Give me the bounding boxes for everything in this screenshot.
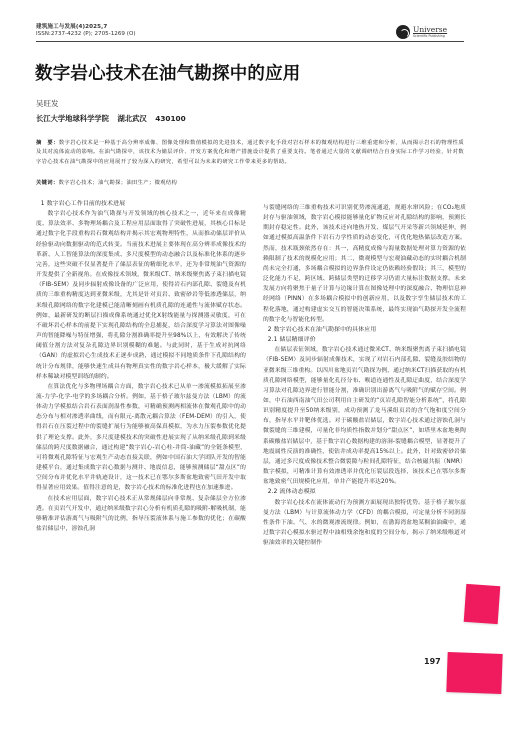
page-number: 197 — [424, 657, 441, 666]
keywords: 关键词：数字岩心技术；油气勘探；油田生产；微观结构 — [36, 178, 464, 186]
abstract-label: 摘 要： — [36, 140, 59, 146]
issn-line: ISSN:2737-4232 (P); 2705-1269 (O) — [36, 31, 136, 37]
paragraph: 在算法优化与多物理场耦合方面，数字岩心技术已从单一渗流模拟拓展至渗流-力学-化学… — [36, 382, 246, 494]
subsection-heading-2-1: 2.1 储层精细评价 — [263, 335, 466, 345]
sticky-note-annotation — [446, 652, 502, 694]
author-affiliation: 长江大学地球科学学院 湖北武汉 430100 — [36, 114, 186, 124]
body-column-right: 与裂缝网络的三维重构技术可识别优势渗流通道，规避水窜风险；在CO₂地质封存与驱油… — [263, 203, 466, 548]
paragraph: 数字岩心技术作为油气勘探与开发领域的核心技术之一，近年来在成像精度、算法效率、多… — [36, 209, 246, 382]
journal-citation: 建筑施工与发展(4)2025,7 — [36, 22, 107, 30]
abstract: 摘 要：数字岩心技术是一种基于高分辨率成像、图像处理和数值模拟的先进技术，通过数… — [36, 139, 464, 167]
sticky-note-annotation — [464, 584, 501, 624]
abstract-text: 数字岩心技术是一种基于高分辨率成像、图像处理和数值模拟的先进技术，通过数字化手段… — [36, 140, 464, 165]
author-name: 吴旺发 — [36, 98, 59, 109]
paragraph-continued: 与裂缝网络的三维重构技术可识别优势渗流通道，规避水窜风险；在CO₂地质封存与驱油… — [263, 203, 466, 325]
publisher-subtitle: Scientific Publishing — [413, 34, 445, 38]
paragraph: 数字岩心技术在流体流动行为预测方面展现出独特优势。基于格子玻尔兹曼方法（LBM）… — [263, 498, 466, 549]
keywords-text: 数字岩心技术；油气勘探；油田生产；微观结构 — [59, 180, 178, 186]
section-heading-2: 2 数字岩心技术在油气勘探中的具体应用 — [263, 325, 466, 335]
article-title: 数字岩心技术在油气勘探中的应用 — [35, 60, 301, 85]
publisher-name: Universe — [413, 25, 447, 34]
header-divider — [36, 41, 464, 42]
body-column-left: 1 数字岩心工作目前的技术进展 数字岩心技术作为油气勘探与开发领域的核心技术之一… — [36, 199, 246, 534]
keywords-label: 关键词： — [36, 180, 59, 186]
subsection-heading-2-2: 2.2 流体动态模拟 — [263, 487, 466, 497]
paragraph: 在储层表征领域，数字岩心技术通过微米CT、纳米级聚焦离子束扫描电镜（FIB-SE… — [263, 345, 466, 487]
paragraph: 在技术应用层面，数字岩心技术正从常规储层向非常规、复杂储层全方位渗透。在页岩气开… — [36, 494, 246, 535]
section-heading-1: 1 数字岩心工作目前的技术进展 — [36, 199, 246, 209]
publisher-logo: Universe Scientific Publishing — [396, 25, 466, 41]
universe-logo-icon — [396, 25, 410, 39]
